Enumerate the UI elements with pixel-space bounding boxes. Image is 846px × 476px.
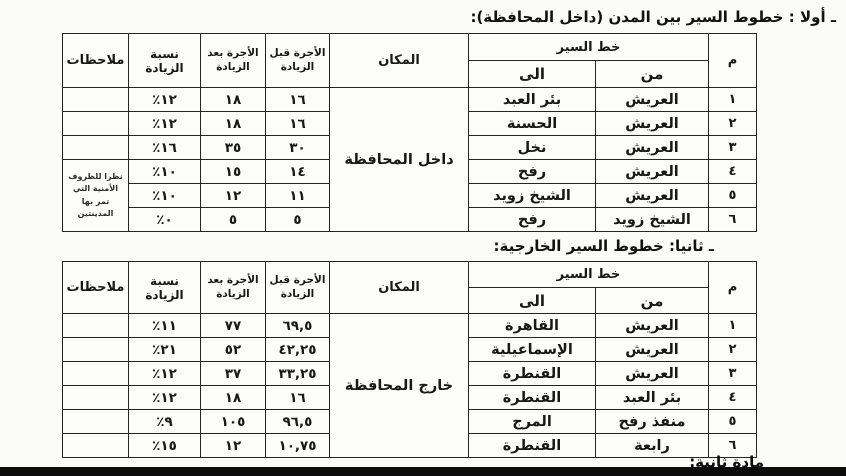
- row-fare-after: ٣٧: [201, 362, 266, 386]
- row-to: رفح: [469, 208, 596, 232]
- row-num: ٤: [709, 160, 757, 184]
- row-pct: ١٢٪: [129, 88, 201, 112]
- row-pct: ١٥٪: [129, 434, 201, 458]
- row-fare-after: ٥٢: [201, 338, 266, 362]
- row-pct: ١٠٪: [129, 160, 201, 184]
- row-to: القاهرة: [469, 314, 596, 338]
- t1-header-fare-after: الأجرة بعد الزيادة: [201, 34, 266, 88]
- row-fare-before: ٥: [266, 208, 330, 232]
- row-to: القنطرة: [469, 362, 596, 386]
- t1-header-to: الى: [469, 61, 596, 88]
- row-note-empty: [63, 362, 129, 386]
- t1-header-place: المكان: [330, 34, 469, 88]
- row-to: بئر العبد: [469, 88, 596, 112]
- row-num: ٣: [709, 136, 757, 160]
- row-fare-before: ٤٢,٢٥: [266, 338, 330, 362]
- section1-title: ـ أولا : خطوط السير بين المدن (داخل المح…: [470, 8, 836, 26]
- t2-header-num: م: [709, 262, 757, 314]
- row-fare-before: ٦٩,٥: [266, 314, 330, 338]
- scanned-document-page: ـ أولا : خطوط السير بين المدن (داخل المح…: [0, 0, 846, 476]
- table-row: ١ العريش بئر العبد داخل المحافظة ١٦ ١٨ ١…: [63, 88, 757, 112]
- row-fare-before: ٣٠: [266, 136, 330, 160]
- row-from: العريش: [596, 338, 709, 362]
- row-pct: ٩٪: [129, 410, 201, 434]
- row-num: ٤: [709, 386, 757, 410]
- row-fare-before: ١٦: [266, 112, 330, 136]
- row-to: الحسنة: [469, 112, 596, 136]
- row-note-empty: [63, 338, 129, 362]
- row-num: ٢: [709, 112, 757, 136]
- row-fare-after: ١٨: [201, 112, 266, 136]
- section2-title: ـ ثانيا: خطوط السير الخارجية:: [494, 237, 714, 255]
- row-num: ٥: [709, 410, 757, 434]
- t1-header-num: م: [709, 34, 757, 88]
- row-to: رفح: [469, 160, 596, 184]
- row-fare-after: ١٠٥: [201, 410, 266, 434]
- row-fare-before: ٩٦,٥: [266, 410, 330, 434]
- t2-header-place: المكان: [330, 262, 469, 314]
- t1-note-merged-cell: نظرا للظروف الأمنية التي تمر بها المدينت…: [63, 160, 129, 232]
- row-fare-before: ١١: [266, 184, 330, 208]
- row-to: الإسماعيلية: [469, 338, 596, 362]
- row-fare-before: ٣٣,٢٥: [266, 362, 330, 386]
- row-pct: ٠٪: [129, 208, 201, 232]
- row-fare-after: ١٢: [201, 184, 266, 208]
- row-fare-after: ٣٥: [201, 136, 266, 160]
- row-pct: ١٦٪: [129, 136, 201, 160]
- row-to: المرج: [469, 410, 596, 434]
- t1-header-from: من: [596, 61, 709, 88]
- table-row: ١ العريش القاهرة خارج المحافظة ٦٩,٥ ٧٧ ١…: [63, 314, 757, 338]
- row-pct: ١٢٪: [129, 362, 201, 386]
- t1-header-increase-pct: نسبة الزيادة: [129, 34, 201, 88]
- row-fare-after: ١٢: [201, 434, 266, 458]
- row-num: ٥: [709, 184, 757, 208]
- row-from: العريش: [596, 160, 709, 184]
- t2-header-fare-after: الأجرة بعد الزيادة: [201, 262, 266, 314]
- fare-table-external: م خط السير المكان الأجرة قبل الزيادة الأ…: [62, 261, 757, 458]
- row-to: نخل: [469, 136, 596, 160]
- row-note-empty: [63, 386, 129, 410]
- row-fare-before: ١٦: [266, 88, 330, 112]
- t1-header-route: خط السير: [469, 34, 709, 61]
- row-fare-after: ٥: [201, 208, 266, 232]
- row-note-empty: [63, 136, 129, 160]
- row-pct: ١٠٪: [129, 184, 201, 208]
- row-pct: ١٢٪: [129, 112, 201, 136]
- fare-table-internal: م خط السير المكان الأجرة قبل الزيادة الأ…: [62, 33, 757, 232]
- row-note-empty: [63, 88, 129, 112]
- row-from: الشيخ زويد: [596, 208, 709, 232]
- t1-header-notes: ملاحظات: [63, 34, 129, 88]
- t2-header-increase-pct: نسبة الزيادة: [129, 262, 201, 314]
- row-note-empty: [63, 410, 129, 434]
- row-from: منفذ رفح: [596, 410, 709, 434]
- row-fare-after: ١٥: [201, 160, 266, 184]
- row-fare-after: ١٨: [201, 88, 266, 112]
- row-to: الشيخ زويد: [469, 184, 596, 208]
- row-fare-after: ٧٧: [201, 314, 266, 338]
- row-pct: ٢١٪: [129, 338, 201, 362]
- row-note-empty: [63, 434, 129, 458]
- row-fare-before: ١٤: [266, 160, 330, 184]
- row-from: العريش: [596, 184, 709, 208]
- t2-header-from: من: [596, 288, 709, 314]
- row-from: العريش: [596, 112, 709, 136]
- row-fare-after: ١٨: [201, 386, 266, 410]
- row-from: العريش: [596, 314, 709, 338]
- row-num: ٣: [709, 362, 757, 386]
- row-to: القنطرة: [469, 386, 596, 410]
- row-note-empty: [63, 314, 129, 338]
- t2-header-to: الى: [469, 288, 596, 314]
- t1-place-merged-cell: داخل المحافظة: [330, 88, 469, 232]
- t2-header-notes: ملاحظات: [63, 262, 129, 314]
- row-to: القنطرة: [469, 434, 596, 458]
- row-num: ١: [709, 314, 757, 338]
- row-pct: ١١٪: [129, 314, 201, 338]
- row-num: ٦: [709, 208, 757, 232]
- scan-black-bar: [0, 467, 846, 476]
- row-from: العريش: [596, 136, 709, 160]
- row-from: العريش: [596, 362, 709, 386]
- t1-header-fare-before: الأجرة قبل الزيادة: [266, 34, 330, 88]
- row-num: ٢: [709, 338, 757, 362]
- row-fare-before: ١٦: [266, 386, 330, 410]
- row-from: بئر العبد: [596, 386, 709, 410]
- row-num: ١: [709, 88, 757, 112]
- row-from: العريش: [596, 88, 709, 112]
- row-note-empty: [63, 112, 129, 136]
- row-pct: ١٢٪: [129, 386, 201, 410]
- t2-header-route: خط السير: [469, 262, 709, 288]
- t2-header-fare-before: الأجرة قبل الزيادة: [266, 262, 330, 314]
- t2-place-merged-cell: خارج المحافظة: [330, 314, 469, 458]
- row-fare-before: ١٠,٧٥: [266, 434, 330, 458]
